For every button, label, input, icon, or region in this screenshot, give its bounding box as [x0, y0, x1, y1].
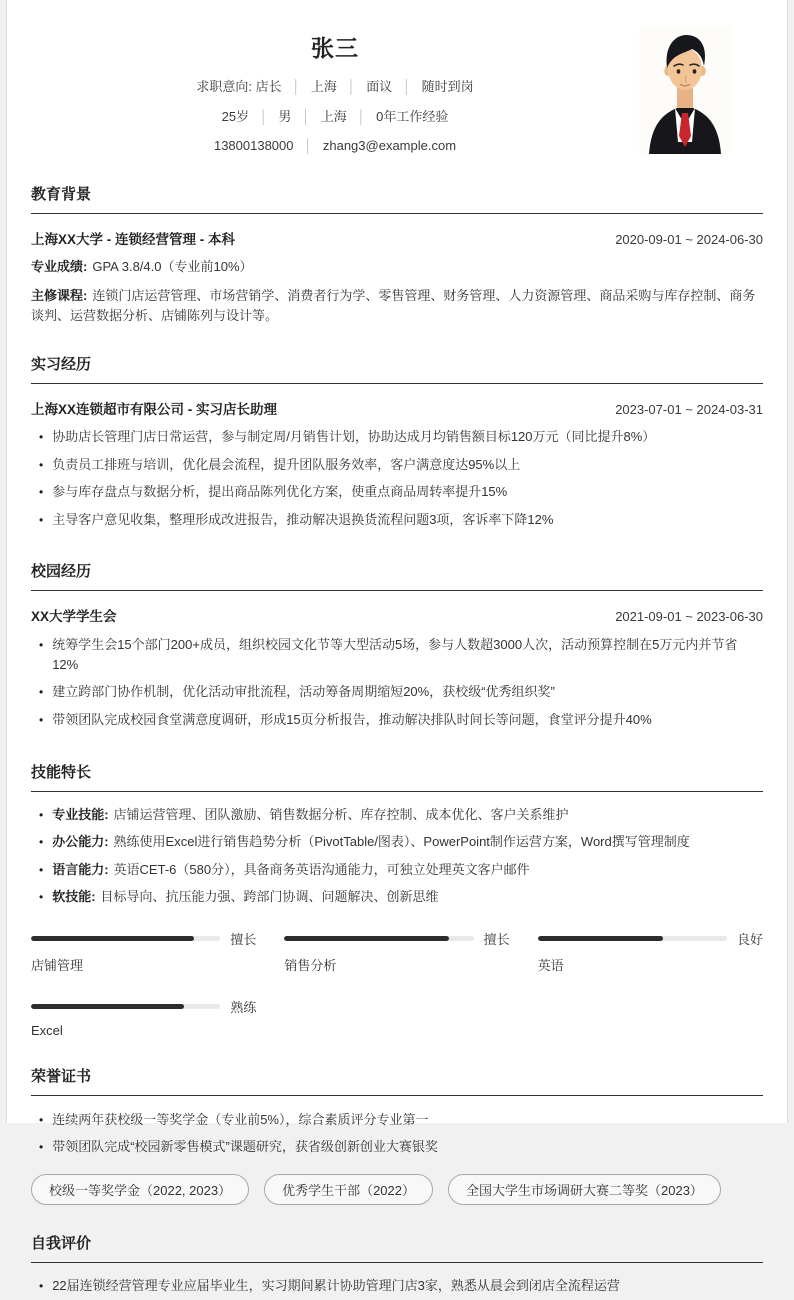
- courses-row: 主修课程:连锁门店运营管理、市场营销学、消费者行为学、零售管理、财务管理、人力资…: [31, 286, 763, 326]
- resume-header: 张三 求职意向: 店长 │ 上海 │ 面议 │ 随时到岗 25岁 │ 男 │ 上…: [31, 26, 763, 156]
- bullet-item: •语言能力:英语CET-6（580分），具备商务英语沟通能力，可独立处理英文客户…: [31, 856, 763, 883]
- separator-bar: │: [285, 79, 307, 94]
- section-title: 实习经历: [31, 353, 763, 384]
- bullet-icon: •: [39, 635, 43, 655]
- progress-track: [538, 936, 727, 941]
- skill-name: 销售分析: [284, 955, 509, 974]
- section-title: 荣誉证书: [31, 1065, 763, 1096]
- progress-fill: [31, 1004, 184, 1009]
- bullet-item: •办公能力:熟练使用Excel进行销售趋势分析（PivotTable/图表）、P…: [31, 829, 763, 856]
- skill-bar-english: 良好 英语: [538, 929, 763, 974]
- school-degree: 上海XX大学 - 连锁经营管理 - 本科: [31, 228, 235, 248]
- bullet-item: •带领团队完成校园食堂满意度调研，形成15页分析报告，推动解决排队时间长等问题，…: [31, 706, 763, 733]
- separator-bar: │: [350, 109, 372, 124]
- bullet-icon: •: [39, 710, 43, 730]
- bullet-item: •参与库存盘点与数据分析，提出商品陈列优化方案，使重点商品周转率提升15%: [31, 479, 763, 506]
- skill-level-label: 熟练: [230, 997, 256, 1016]
- progress-fill: [538, 936, 663, 941]
- company-position: 上海XX连锁超市有限公司 - 实习店长助理: [31, 398, 277, 418]
- bullet-item: •主导客户意见收集，整理形成改进报告，推动解决退换货流程问题3项，客诉率下降12…: [31, 506, 763, 533]
- separator-bar: │: [341, 79, 363, 94]
- section-campus: 校园经历 XX大学学生会 2021-09-01 ~ 2023-06-30 •统筹…: [31, 560, 763, 733]
- bullet-item: •专业技能:店铺运营管理、团队激励、销售数据分析、库存控制、成本优化、客户关系维…: [31, 802, 763, 829]
- candidate-name: 张三: [31, 30, 639, 63]
- section-education: 教育背景 上海XX大学 - 连锁经营管理 - 本科 2020-09-01 ~ 2…: [31, 183, 763, 326]
- skill-bar-store-management: 擅长 店铺管理: [31, 929, 256, 974]
- bullet-item: •建立跨部门协作机制，优化活动审批流程，活动筹备周期缩短20%，获校级“优秀组织…: [31, 679, 763, 706]
- progress-track: [284, 936, 473, 941]
- skill-name: Excel: [31, 1023, 256, 1038]
- gpa-row: 专业成绩:GPA 3.8/4.0（专业前10%）: [31, 257, 763, 277]
- separator-bar: │: [396, 79, 418, 94]
- skill-bars-grid: 擅长 店铺管理 擅长 销售分析 良好 英语: [31, 929, 763, 1038]
- header-text-block: 张三 求职意向: 店长 │ 上海 │ 面议 │ 随时到岗 25岁 │ 男 │ 上…: [31, 26, 639, 156]
- bullet-item: •负责员工排班与培训，优化晨会流程，提升团队服务效率，客户满意度达95%以上: [31, 451, 763, 478]
- honors-bullet-list: •连续两年获校级一等奖学金（专业前5%），综合素质评分专业第一 •带领团队完成“…: [31, 1106, 763, 1123]
- bullet-item: •统筹学生会15个部门200+成员，组织校园文化节等大型活动5场，参与人数超30…: [31, 631, 763, 678]
- bullet-icon: •: [39, 860, 43, 880]
- skill-name: 店铺管理: [31, 955, 256, 974]
- bullet-icon: •: [39, 455, 43, 475]
- progress-track: [31, 936, 220, 941]
- progress-track: [31, 1004, 220, 1009]
- job-intent-line: 求职意向: 店长 │ 上海 │ 面议 │ 随时到岗: [31, 77, 639, 97]
- separator-bar: │: [297, 138, 319, 153]
- progress-fill: [284, 936, 449, 941]
- skill-level-label: 良好: [737, 929, 763, 948]
- skill-level-label: 擅长: [484, 929, 510, 948]
- separator-bar: │: [295, 109, 317, 124]
- campus-entry-head: XX大学学生会 2021-09-01 ~ 2023-06-30: [31, 605, 763, 625]
- bullet-icon: •: [39, 427, 43, 447]
- skill-name: 英语: [538, 955, 763, 974]
- section-skills: 技能特长 •专业技能:店铺运营管理、团队激励、销售数据分析、库存控制、成本优化、…: [31, 761, 763, 1039]
- profile-photo: [639, 26, 731, 154]
- bullet-item: •软技能:目标导向、抗压能力强、跨部门协调、问题解决、创新思维: [31, 884, 763, 911]
- campus-bullet-list: •统筹学生会15个部门200+成员，组织校园文化节等大型活动5场，参与人数超30…: [31, 631, 763, 733]
- section-honors: 荣誉证书 •连续两年获校级一等奖学金（专业前5%），综合素质评分专业第一 •带领…: [31, 1065, 763, 1123]
- avatar-illustration: [639, 26, 731, 154]
- bullet-icon: •: [39, 805, 43, 825]
- internship-date-range: 2023-07-01 ~ 2024-03-31: [615, 402, 763, 417]
- resume-page: 张三 求职意向: 店长 │ 上海 │ 面议 │ 随时到岗 25岁 │ 男 │ 上…: [6, 0, 788, 1123]
- bullet-icon: •: [39, 682, 43, 702]
- bullet-icon: •: [39, 482, 43, 502]
- internship-bullet-list: •协助店长管理门店日常运营，参与制定周/月销售计划，协助达成月均销售额目标120…: [31, 424, 763, 534]
- section-title: 技能特长: [31, 761, 763, 792]
- basic-info-line: 25岁 │ 男 │ 上海 │ 0年工作经验: [31, 107, 639, 127]
- section-title: 教育背景: [31, 183, 763, 214]
- campus-date-range: 2021-09-01 ~ 2023-06-30: [615, 609, 763, 624]
- contact-line: 13800138000 │ zhang3@example.com: [31, 136, 639, 156]
- skills-bullet-list: •专业技能:店铺运营管理、团队激励、销售数据分析、库存控制、成本优化、客户关系维…: [31, 802, 763, 912]
- education-entry-head: 上海XX大学 - 连锁经营管理 - 本科 2020-09-01 ~ 2024-0…: [31, 228, 763, 248]
- skill-bar-excel: 熟练 Excel: [31, 997, 256, 1038]
- bullet-icon: •: [39, 832, 43, 852]
- bullet-item: •连续两年获校级一等奖学金（专业前5%），综合素质评分专业第一: [31, 1106, 763, 1123]
- education-date-range: 2020-09-01 ~ 2024-06-30: [615, 232, 763, 247]
- bullet-icon: •: [39, 1110, 43, 1123]
- internship-entry-head: 上海XX连锁超市有限公司 - 实习店长助理 2023-07-01 ~ 2024-…: [31, 398, 763, 418]
- bullet-icon: •: [39, 887, 43, 907]
- skill-level-label: 擅长: [230, 929, 256, 948]
- bullet-icon: •: [39, 510, 43, 530]
- organization-name: XX大学学生会: [31, 605, 117, 625]
- bullet-item: •协助店长管理门店日常运营，参与制定周/月销售计划，协助达成月均销售额目标120…: [31, 424, 763, 451]
- separator-bar: │: [253, 109, 275, 124]
- progress-fill: [31, 936, 194, 941]
- section-title: 校园经历: [31, 560, 763, 591]
- section-internship: 实习经历 上海XX连锁超市有限公司 - 实习店长助理 2023-07-01 ~ …: [31, 353, 763, 534]
- skill-bar-sales-analysis: 擅长 销售分析: [284, 929, 509, 974]
